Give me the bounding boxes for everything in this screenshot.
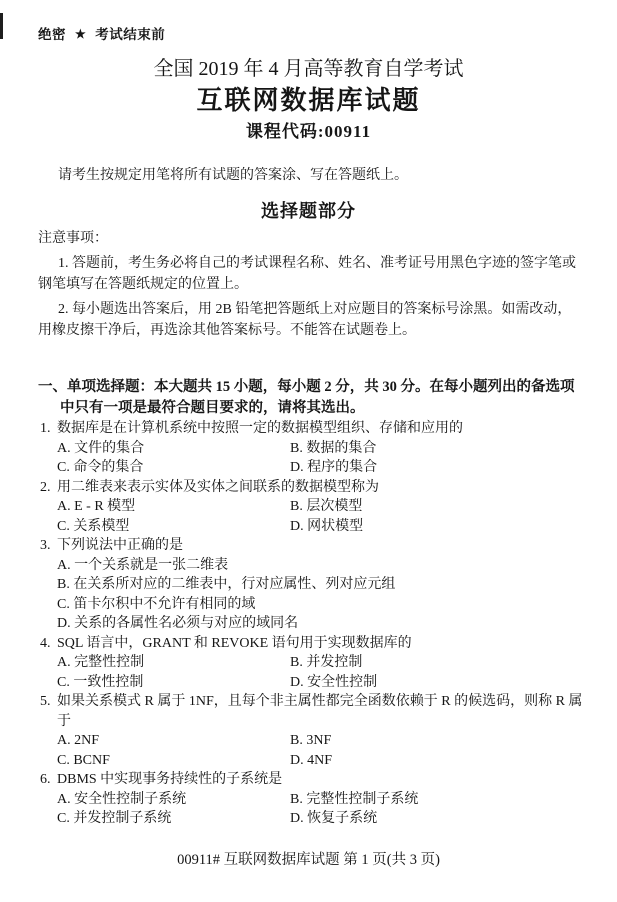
subject-title: 互联网数据库试题 <box>0 85 617 117</box>
question-stem: SQL 语言中，GRANT 和 REVOKE 语句用于实现数据库的 <box>57 634 589 654</box>
option-item: D. 关系的各属性名必须与对应的域同名 <box>57 614 589 634</box>
option-item: B. 完整性控制子系统 <box>290 790 589 810</box>
option-item: C. 命令的集合 <box>57 458 290 478</box>
instruction-text: 请考生按规定用笔将所有试题的答案涂、写在答题纸上。 <box>38 166 583 186</box>
notes-section: 注意事项： 1. 答题前，考生务必将自己的考试课程名称、姓名、准考证号用黑色字迹… <box>38 228 583 341</box>
option-item: C. BCNF <box>57 751 290 771</box>
option-row: C. 并发控制子系统D. 恢复子系统 <box>57 809 589 829</box>
option-item: C. 一致性控制 <box>57 673 290 693</box>
scan-artifact <box>0 13 3 39</box>
question-number: 1. <box>40 419 57 439</box>
option-item: D. 恢复子系统 <box>290 809 589 829</box>
option-item: B. 并发控制 <box>290 653 589 673</box>
option-item: A. 2NF <box>57 731 290 751</box>
option-item: C. 关系模型 <box>57 517 290 537</box>
option-item: D. 网状模型 <box>290 517 589 537</box>
question-stem-row: 5.如果关系模式 R 属于 1NF，且每个非主属性都完全函数依赖于 R 的候选码… <box>40 692 589 731</box>
question-number: 6. <box>40 770 57 790</box>
option-item: A. 完整性控制 <box>57 653 290 673</box>
question-stem: 如果关系模式 R 属于 1NF，且每个非主属性都完全函数依赖于 R 的候选码，则… <box>57 692 589 731</box>
question-stem: 用二维表来表示实体及实体之间联系的数据模型称为 <box>57 478 589 498</box>
option-row: C. 命令的集合D. 程序的集合 <box>57 458 589 478</box>
note-item: 1. 答题前，考生务必将自己的考试课程名称、姓名、准考证号用黑色字迹的签字笔或钢… <box>38 253 583 295</box>
option-row: A. 安全性控制子系统B. 完整性控制子系统 <box>57 790 589 810</box>
question-stem: 下列说法中正确的是 <box>57 536 589 556</box>
question-options: A. 安全性控制子系统B. 完整性控制子系统C. 并发控制子系统D. 恢复子系统 <box>57 790 589 829</box>
question-block: 2.用二维表来表示实体及实体之间联系的数据模型称为A. E - R 模型B. 层… <box>40 478 589 537</box>
star-icon: ★ <box>75 27 86 41</box>
question-block: 4.SQL 语言中，GRANT 和 REVOKE 语句用于实现数据库的A. 完整… <box>40 634 589 693</box>
option-row: A. 完整性控制B. 并发控制 <box>57 653 589 673</box>
option-row: A. 文件的集合B. 数据的集合 <box>57 439 589 459</box>
question-block: 5.如果关系模式 R 属于 1NF，且每个非主属性都完全函数依赖于 R 的候选码… <box>40 692 589 770</box>
question-stem-row: 2.用二维表来表示实体及实体之间联系的数据模型称为 <box>40 478 589 498</box>
option-row: C. 一致性控制D. 安全性控制 <box>57 673 589 693</box>
section-heading: 一、单项选择题：本大题共 15 小题，每小题 2 分，共 30 分。在每小题列出… <box>38 377 583 419</box>
question-stem-row: 3.下列说法中正确的是 <box>40 536 589 556</box>
question-stem-row: 6.DBMS 中实现事务持续性的子系统是 <box>40 770 589 790</box>
option-item: A. 一个关系就是一张二维表 <box>57 556 589 576</box>
question-options: A. 一个关系就是一张二维表B. 在关系所对应的二维表中，行对应属性、列对应元组… <box>57 556 589 634</box>
option-row: A. 2NFB. 3NF <box>57 731 589 751</box>
part-heading: 选择题部分 <box>0 199 617 223</box>
option-item: B. 数据的集合 <box>290 439 589 459</box>
option-item: D. 安全性控制 <box>290 673 589 693</box>
exam-paper-page: 绝密★考试结束前 全国 2019 年 4 月高等教育自学考试 互联网数据库试题 … <box>0 0 617 902</box>
exam-title: 全国 2019 年 4 月高等教育自学考试 <box>0 56 617 82</box>
option-item: B. 3NF <box>290 731 589 751</box>
option-item: C. 并发控制子系统 <box>57 809 290 829</box>
notes-heading: 注意事项： <box>38 228 583 249</box>
question-number: 3. <box>40 536 57 556</box>
question-options: A. 文件的集合B. 数据的集合C. 命令的集合D. 程序的集合 <box>57 439 589 478</box>
questions: 1.数据库是在计算机系统中按照一定的数据模型组织、存储和应用的A. 文件的集合B… <box>40 419 589 829</box>
course-code: 课程代码:00911 <box>0 121 617 142</box>
question-stem: 数据库是在计算机系统中按照一定的数据模型组织、存储和应用的 <box>57 419 589 439</box>
option-item: B. 层次模型 <box>290 497 589 517</box>
option-row: C. BCNFD. 4NF <box>57 751 589 771</box>
option-item: B. 在关系所对应的二维表中，行对应属性、列对应元组 <box>57 575 589 595</box>
option-row: C. 关系模型D. 网状模型 <box>57 517 589 537</box>
option-item: A. 安全性控制子系统 <box>57 790 290 810</box>
question-options: A. E - R 模型B. 层次模型C. 关系模型D. 网状模型 <box>57 497 589 536</box>
question-block: 6.DBMS 中实现事务持续性的子系统是A. 安全性控制子系统B. 完整性控制子… <box>40 770 589 829</box>
question-number: 5. <box>40 692 57 731</box>
question-options: A. 2NFB. 3NFC. BCNFD. 4NF <box>57 731 589 770</box>
question-block: 1.数据库是在计算机系统中按照一定的数据模型组织、存储和应用的A. 文件的集合B… <box>40 419 589 478</box>
classification-label: 绝密 <box>38 27 66 42</box>
option-item: D. 程序的集合 <box>290 458 589 478</box>
exam-timing-label: 考试结束前 <box>95 27 165 42</box>
question-stem-row: 4.SQL 语言中，GRANT 和 REVOKE 语句用于实现数据库的 <box>40 634 589 654</box>
question-number: 4. <box>40 634 57 654</box>
option-item: D. 4NF <box>290 751 589 771</box>
option-item: C. 笛卡尔积中不允许有相同的域 <box>57 595 589 615</box>
page-footer: 00911# 互联网数据库试题 第 1 页(共 3 页) <box>0 851 617 870</box>
question-block: 3.下列说法中正确的是A. 一个关系就是一张二维表B. 在关系所对应的二维表中，… <box>40 536 589 634</box>
question-stem: DBMS 中实现事务持续性的子系统是 <box>57 770 589 790</box>
question-stem-row: 1.数据库是在计算机系统中按照一定的数据模型组织、存储和应用的 <box>40 419 589 439</box>
option-item: A. E - R 模型 <box>57 497 290 517</box>
security-header: 绝密★考试结束前 <box>0 0 617 44</box>
note-item: 2. 每小题选出答案后，用 2B 铅笔把答题纸上对应题目的答案标号涂黑。如需改动… <box>38 299 583 341</box>
question-options: A. 完整性控制B. 并发控制C. 一致性控制D. 安全性控制 <box>57 653 589 692</box>
option-row: A. E - R 模型B. 层次模型 <box>57 497 589 517</box>
option-item: A. 文件的集合 <box>57 439 290 459</box>
question-number: 2. <box>40 478 57 498</box>
